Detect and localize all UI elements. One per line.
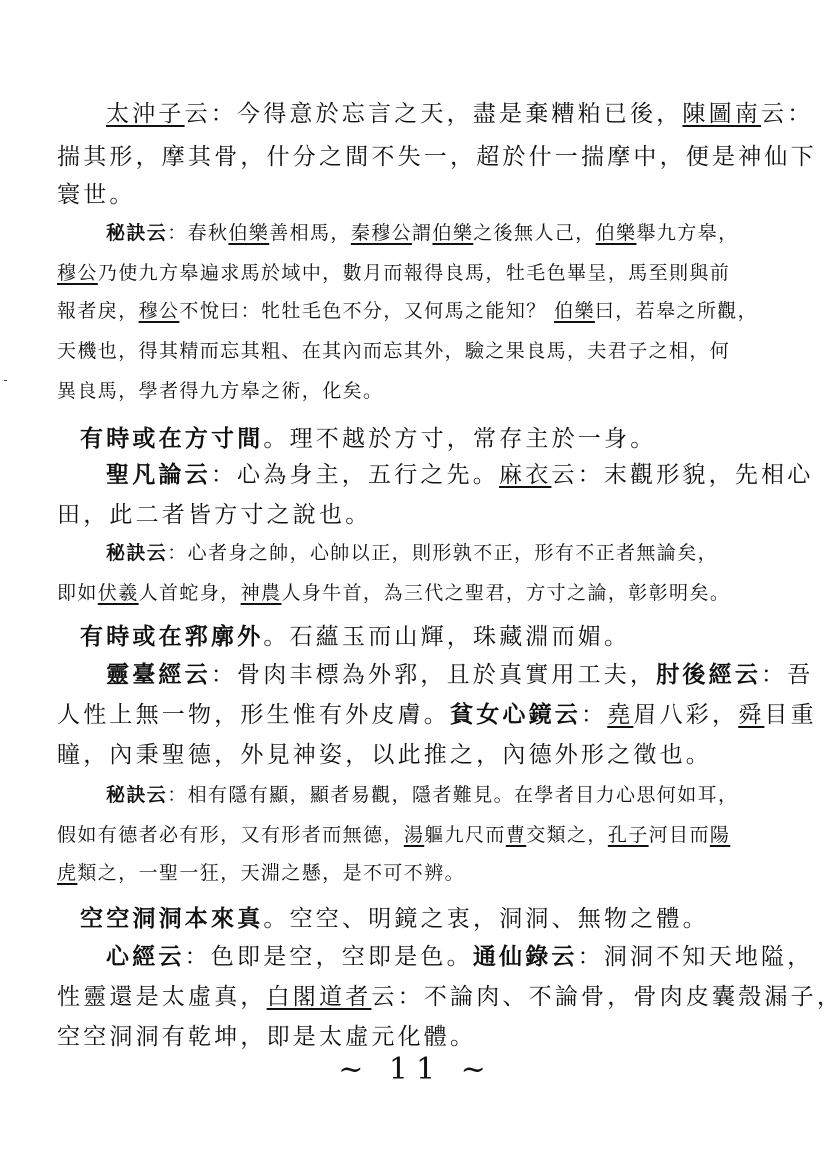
proper-name: 太沖子 <box>106 101 185 127</box>
text-run: 云： <box>761 101 813 127</box>
proper-name: 麻衣 <box>499 462 551 488</box>
proper-name: 堯 <box>607 702 633 728</box>
source-title: 空空洞洞本來真 <box>80 906 263 932</box>
text-run: 人身牛首，為三代之聖君，方寸之論，彰彰明矣。 <box>281 582 730 604</box>
text-line: 太沖子云：今得意於忘言之天，盡是棄糟粕已後，陳圖南云： <box>106 95 813 128</box>
source-title: 貧女心鏡云 <box>450 702 581 728</box>
text-run: 河目而 <box>649 824 710 846</box>
text-run: 。石蘊玉而山輝，珠藏淵而媚。 <box>263 624 630 650</box>
text-run: 空空洞洞有乾坤，即是太虛元化體。 <box>57 1024 476 1050</box>
text-run: ：色即是空，空即是色。 <box>185 944 473 970</box>
text-line: 寰世。 <box>57 176 136 209</box>
page-number: ~ 11 ~ <box>0 1052 832 1087</box>
text-run: 云：末觀形貌，先相心 <box>551 462 813 488</box>
source-title: 秘訣云 <box>106 784 167 806</box>
proper-name: 秦穆公 <box>351 222 412 244</box>
text-run: 云：不論肉、不論骨，骨肉皮囊殼漏子， <box>371 984 832 1010</box>
proper-name: 陽 <box>710 824 730 846</box>
text-run: 類之，一聖一狂，天淵之懸，是不可不辨。 <box>77 862 465 884</box>
text-line: 瞳，內秉聖德，外見神姿，以此推之，內德外形之徵也。 <box>57 736 712 769</box>
proper-name: 伏羲 <box>98 582 139 604</box>
text-line: 虎類之，一聖一狂，天淵之懸，是不可不辨。 <box>57 858 465 885</box>
text-run: 軀九尺而 <box>424 824 506 846</box>
text-run: 田，此二者皆方寸之說也。 <box>57 502 371 528</box>
text-line: 即如伏羲人首蛇身，神農人身牛首，為三代之聖君，方寸之論，彰彰明矣。 <box>57 578 730 605</box>
text-run: 寰世。 <box>57 182 136 208</box>
source-title: 有時或在方寸間 <box>80 426 263 452</box>
text-line: 有時或在郛廓外。石蘊玉而山輝，珠藏淵而媚。 <box>80 618 630 651</box>
proper-name: 伯樂 <box>596 222 637 244</box>
text-run: 。理不越於方寸，常存主於一身。 <box>263 426 656 452</box>
text-run: ： <box>581 702 607 728</box>
text-line: 空空洞洞有乾坤，即是太虛元化體。 <box>57 1018 476 1051</box>
text-run: ：骨肉丰標為外郛，且於真實用工夫， <box>211 662 656 688</box>
text-run: ：心為身主，五行之先。 <box>211 462 499 488</box>
text-run: 之後無人己， <box>473 222 595 244</box>
proper-name: 孔子 <box>608 824 649 846</box>
proper-name: 穆公 <box>139 300 180 322</box>
text-run: 不悅曰：牝牡毛色不分，又何馬之能知？ <box>179 300 554 322</box>
source-title: 聖凡論云 <box>106 462 211 488</box>
text-line: 秘訣云：相有隱有顯，顯者易觀，隱者難見。在學者目力心思何如耳， <box>106 780 738 807</box>
proper-name: 白閣道者 <box>267 984 372 1010</box>
text-line: 有時或在方寸間。理不越於方寸，常存主於一身。 <box>80 420 656 453</box>
text-line: 秘訣云：春秋伯樂善相馬，秦穆公謂伯樂之後無人己，伯樂舉九方皋， <box>106 218 738 245</box>
text-run: 人首蛇身， <box>139 582 241 604</box>
text-line: 田，此二者皆方寸之說也。 <box>57 496 371 529</box>
text-line: 報者戾，穆公不悅曰：牝牡毛色不分，又何馬之能知？ 伯樂曰，若皋之所觀， <box>57 296 758 323</box>
text-run: 謂 <box>412 222 432 244</box>
text-run: 舉九方皋， <box>636 222 738 244</box>
text-run: 。空空、明鏡之衷，洞洞、無物之體。 <box>263 906 708 932</box>
proper-name: 湯 <box>404 824 424 846</box>
source-title: 有時或在郛廓外 <box>80 624 263 650</box>
text-run: 乃使九方皋遍求馬於域中，數月而報得良馬，牡毛色畢呈，馬至則與前 <box>98 262 730 284</box>
source-title: 秘訣云 <box>106 222 167 244</box>
proper-name: 穆公 <box>57 262 98 284</box>
text-run: ：心者身之帥，心帥以正，則形孰不正，形有不正者無論矣， <box>167 542 718 564</box>
text-line: 心經云：色即是空，空即是色。通仙錄云：洞洞不知天地隘， <box>106 938 813 971</box>
text-line: 揣其形，摩其骨，什分之間不失一，超於什一揣摩中，便是神仙下 <box>57 138 817 171</box>
text-run: 性靈還是太虛真， <box>57 984 267 1010</box>
source-title: 心經云 <box>106 944 185 970</box>
text-line: 人性上無一物，形生惟有外皮膚。貧女心鏡云：堯眉八彩，舜目重 <box>57 696 817 729</box>
text-run: 天機也，得其精而忘其粗、在其內而忘其外，驗之果良馬，夫君子之相，何 <box>57 340 730 362</box>
text-line: 穆公乃使九方皋遍求馬於域中，數月而報得良馬，牡毛色畢呈，馬至則與前 <box>57 258 730 285</box>
text-run: 交類之， <box>526 824 608 846</box>
source-title: 肘後經云 <box>656 662 761 688</box>
text-line: 聖凡論云：心為身主，五行之先。麻衣云：末觀形貌，先相心 <box>106 456 813 489</box>
proper-name: 舜 <box>738 702 764 728</box>
source-title: 通仙錄云 <box>473 944 578 970</box>
text-run: 即如 <box>57 582 98 604</box>
text-run: ：吾 <box>761 662 813 688</box>
text-run: 眉八彩， <box>633 702 738 728</box>
source-title: 靈臺經云 <box>106 662 211 688</box>
text-run: 云：今得意於忘言之天，盡是棄糟粕已後， <box>185 101 683 127</box>
text-line: 靈臺經云：骨肉丰標為外郛，且於真實用工夫，肘後經云：吾 <box>106 656 813 689</box>
text-run: 報者戾， <box>57 300 139 322</box>
text-line: 空空洞洞本來真。空空、明鏡之衷，洞洞、無物之體。 <box>80 900 709 933</box>
text-line: 天機也，得其精而忘其粗、在其內而忘其外，驗之果良馬，夫君子之相，何 <box>57 336 730 363</box>
text-run: ：春秋 <box>167 222 228 244</box>
proper-name: 曹 <box>506 824 526 846</box>
proper-name: 伯樂 <box>432 222 473 244</box>
text-run: 目重 <box>764 702 816 728</box>
text-run: 揣其形，摩其骨，什分之間不失一，超於什一揣摩中，便是神仙下 <box>57 144 817 170</box>
text-run: ：洞洞不知天地隘， <box>578 944 814 970</box>
text-line: 秘訣云：心者身之帥，心帥以正，則形孰不正，形有不正者無論矣， <box>106 538 718 565</box>
text-run: 假如有德者必有形，又有形者而無德， <box>57 824 404 846</box>
text-line: 性靈還是太虛真，白閣道者云：不論肉、不論骨，骨肉皮囊殼漏子， <box>57 978 832 1011</box>
proper-name: 伯樂 <box>554 300 595 322</box>
text-run: 異良馬，學者得九方皋之術，化矣。 <box>57 380 383 402</box>
proper-name: 虎 <box>57 862 77 884</box>
text-line: 異良馬，學者得九方皋之術，化矣。 <box>57 376 383 403</box>
text-run: 曰，若皋之所觀， <box>595 300 758 322</box>
text-line: 假如有德者必有形，又有形者而無德，湯軀九尺而曹交類之，孔子河目而陽 <box>57 820 730 847</box>
proper-name: 伯樂 <box>228 222 269 244</box>
text-run: 人性上無一物，形生惟有外皮膚。 <box>57 702 450 728</box>
margin-mark <box>4 380 7 381</box>
text-run: 瞳，內秉聖德，外見神姿，以此推之，內德外形之徵也。 <box>57 742 712 768</box>
text-run: 善相馬， <box>269 222 351 244</box>
proper-name: 神農 <box>241 582 282 604</box>
source-title: 秘訣云 <box>106 542 167 564</box>
text-run: ：相有隱有顯，顯者易觀，隱者難見。在學者目力心思何如耳， <box>167 784 738 806</box>
proper-name: 陳圖南 <box>682 101 761 127</box>
